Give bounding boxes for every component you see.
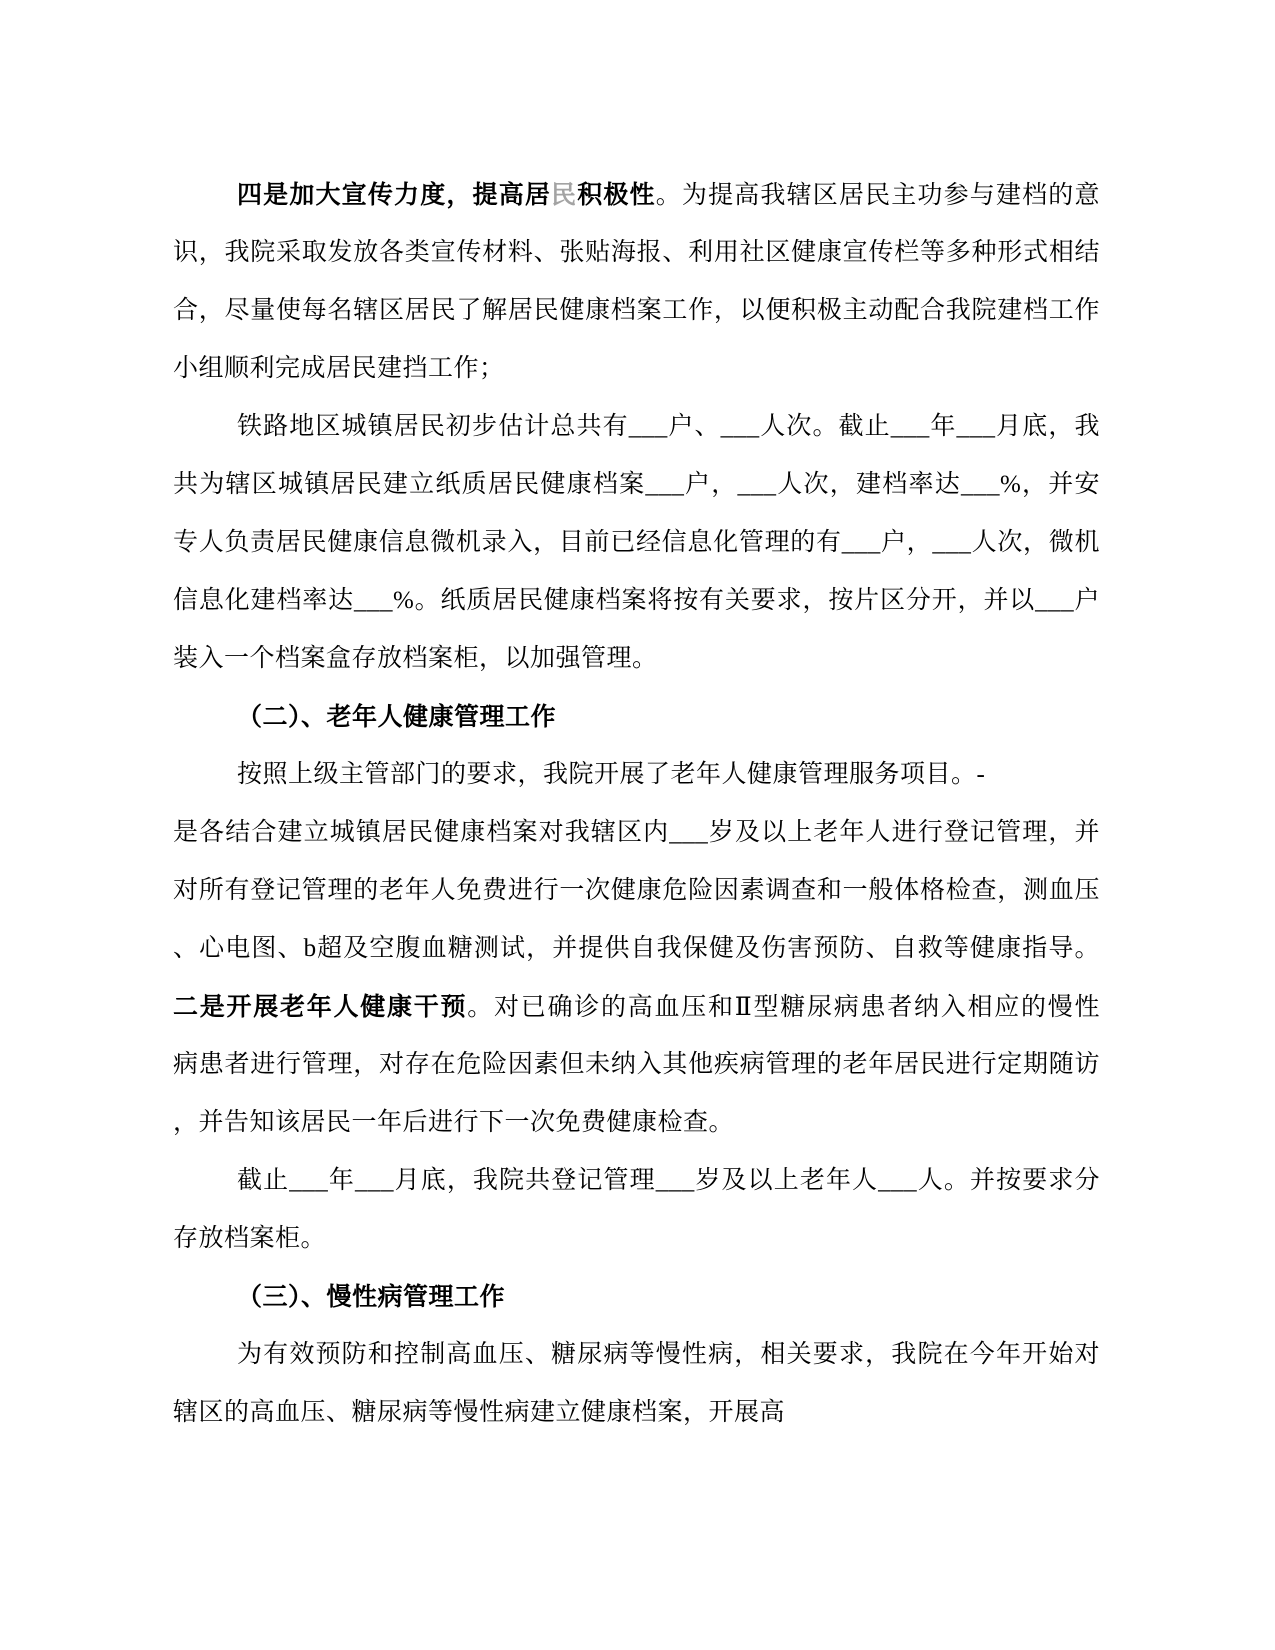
text-line: ，并告知该居民一年后进行下一次免费健康检查。 (173, 1094, 1100, 1152)
text-run: 辖区的高血压、糖尿病等慢性病建立健康档案，开展高 (173, 1399, 785, 1426)
document-body: 四是加大宣传力度，提高居民积极性。为提高我辖区居民主功参与建档的意识，我院采取发… (173, 166, 1100, 1442)
bold-text-run: 二是开展老年人健康干预 (173, 993, 467, 1021)
text-run: 铁路地区城镇居民初步估计总共有___户、___人次。截止___年___月底，我院 (173, 413, 1100, 456)
text-line: 截止___年___月底，我院共登记管理___岁及以上老年人___人。并按要求分开 (173, 1152, 1100, 1210)
text-run: 专人负责居民健康信息微机录入，目前已经信息化管理的有___户，___人次，微机 (173, 529, 1100, 556)
bold-text-run: 积极性 (577, 181, 656, 209)
text-run: 病患者进行管理，对存在危险因素但未纳入其他疾病管理的老年居民进行定期随访 (173, 1051, 1100, 1078)
text-line: 是各结合建立城镇居民健康档案对我辖区内___岁及以上老年人进行登记管理，并 (173, 804, 1100, 862)
text-run: 存放档案柜。 (173, 1225, 326, 1252)
text-run: 。为提高我辖区居民主功参与建档的意 (656, 182, 1100, 209)
bold-text-run: （二）、老年人健康管理工作 (237, 703, 556, 731)
text-line: 识，我院采取发放各类宣传材料、张贴海报、利用社区健康宣传栏等多种形式相结 (173, 224, 1100, 282)
text-line: 为有效预防和控制高血压、糖尿病等慢性病，相关要求，我院在今年开始对我 (173, 1326, 1100, 1384)
bold-text-run: 四是加大宣传力度，提高居 (237, 181, 551, 209)
text-line: 信息化建档率达___%。纸质居民健康档案将按有关要求，按片区分开，并以___户 (173, 572, 1100, 630)
text-line: 对所有登记管理的老年人免费进行一次健康危险因素调查和一般体格检查，测血压 (173, 862, 1100, 920)
text-run: 为有效预防和控制高血压、糖尿病等慢性病，相关要求，我院在今年开始对我 (173, 1341, 1100, 1384)
text-line: 二是开展老年人健康干预。对已确诊的高血压和Ⅱ型糖尿病患者纳入相应的慢性 (173, 978, 1100, 1036)
text-run: 信息化建档率达___%。纸质居民健康档案将按有关要求，按片区分开，并以___户 (173, 587, 1100, 614)
text-line: 、心电图、b超及空腹血糖测试，并提供自我保健及伤害预防、自救等健康指导。 (173, 920, 1100, 978)
heading-elderly-health-management: （二）、老年人健康管理工作 (173, 688, 1100, 746)
text-line: 病患者进行管理，对存在危险因素但未纳入其他疾病管理的老年居民进行定期随访 (173, 1036, 1100, 1094)
text-line: 合，尽量使每名辖区居民了解居民健康档案工作，以便积极主动配合我院建档工作 (173, 282, 1100, 340)
text-run: 对所有登记管理的老年人免费进行一次健康危险因素调查和一般体格检查，测血压 (173, 877, 1100, 904)
bold-text-run: 民 (551, 181, 577, 209)
document-page: 四是加大宣传力度，提高居民积极性。为提高我辖区居民主功参与建档的意识，我院采取发… (0, 0, 1275, 1650)
text-line: 按照上级主管部门的要求，我院开展了老年人健康管理服务项目。- (173, 746, 1100, 804)
text-run: 按照上级主管部门的要求，我院开展了老年人健康管理服务项目。- (237, 761, 985, 788)
text-run: 装入一个档案盒存放档案柜，以加强管理。 (173, 645, 658, 672)
text-run: 、心电图、b超及空腹血糖测试，并提供自我保健及伤害预防、自救等健康指导。 (173, 935, 1100, 962)
text-line: 铁路地区城镇居民初步估计总共有___户、___人次。截止___年___月底，我院 (173, 398, 1100, 456)
text-line: 存放档案柜。 (173, 1210, 1100, 1268)
text-line: 小组顺利完成居民建挡工作； (173, 340, 1100, 398)
text-line: 共为辖区城镇居民建立纸质居民健康档案___户，___人次，建档率达___%，并安… (173, 456, 1100, 514)
heading-chronic-disease-management: （三）、慢性病管理工作 (173, 1268, 1100, 1326)
text-run: 是各结合建立城镇居民健康档案对我辖区内___岁及以上老年人进行登记管理，并 (173, 819, 1100, 846)
text-line: 四是加大宣传力度，提高居民积极性。为提高我辖区居民主功参与建档的意 (173, 166, 1100, 224)
text-run: 小组顺利完成居民建挡工作； (173, 355, 505, 382)
text-line: 辖区的高血压、糖尿病等慢性病建立健康档案，开展高 (173, 1384, 1100, 1442)
text-line: 专人负责居民健康信息微机录入，目前已经信息化管理的有___户，___人次，微机 (173, 514, 1100, 572)
text-run: ，并告知该居民一年后进行下一次免费健康检查。 (173, 1109, 734, 1136)
text-line: 装入一个档案盒存放档案柜，以加强管理。 (173, 630, 1100, 688)
bold-text-run: （三）、慢性病管理工作 (237, 1283, 505, 1311)
text-run: 合，尽量使每名辖区居民了解居民健康档案工作，以便积极主动配合我院建档工作 (173, 297, 1100, 324)
text-run: 截止___年___月底，我院共登记管理___岁及以上老年人___人。并按要求分开 (173, 1167, 1100, 1210)
text-run: 。对已确诊的高血压和Ⅱ型糖尿病患者纳入相应的慢性 (467, 994, 1100, 1021)
text-run: 共为辖区城镇居民建立纸质居民健康档案___户，___人次，建档率达___%，并安… (173, 471, 1100, 514)
text-run: 识，我院采取发放各类宣传材料、张贴海报、利用社区健康宣传栏等多种形式相结 (173, 239, 1100, 266)
